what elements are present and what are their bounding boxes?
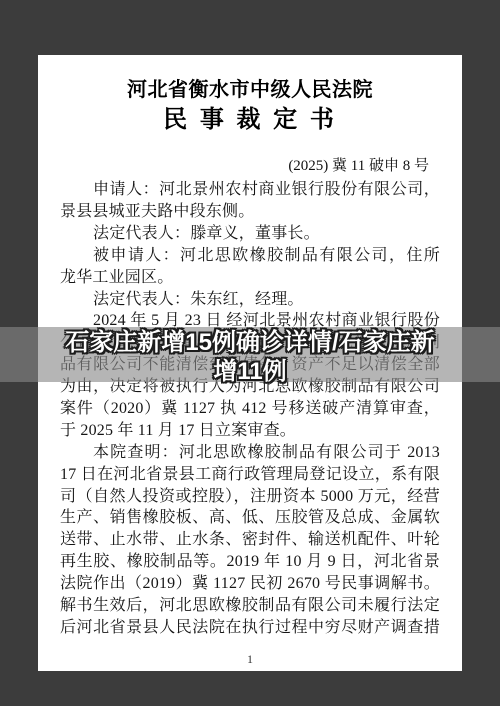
doc-line: 解书生效后，河北思欧橡胶制品有限公司未履行法定义务。: [60, 595, 440, 617]
doc-line: 后河北省景县人民法院在执行过程中穷尽财产调查措施，认: [60, 617, 440, 639]
doc-line: 于 2025 年 11 月 17 日立案审查。: [60, 420, 440, 442]
doc-line: 本院查明：河北思欧橡胶制品有限公司于 2013 年 4 月: [60, 442, 440, 464]
doc-line: 法定代表人：朱东红，经理。: [60, 289, 440, 311]
doc-line: 17 日在河北省景县工商行政管理局登记设立，系有限责任公: [60, 464, 440, 486]
caption-line-1: 石家庄新增15例确诊详情/石家庄新: [0, 328, 500, 357]
caption-overlay-text: 石家庄新增15例确诊详情/石家庄新 增11例: [0, 328, 500, 386]
page-number: 1: [38, 652, 462, 667]
document-body: 申请人：河北景州农村商业银行股份有限公司，住所地景县县城亚夫路中段东侧。法定代表…: [60, 179, 440, 639]
doc-line: 法院作出（2019）冀 1127 民初 2670 号民事调解书。该调: [60, 573, 440, 595]
doc-line: 龙华工业园区。: [60, 267, 440, 289]
doc-line: 再生胶、橡胶制品等。2019 年 10 月 9 日，河北省景县人民: [60, 551, 440, 573]
screenshot-stage: 河北省衡水市中级人民法院 民 事 裁 定 书 (2025) 冀 11 破申 8 …: [0, 0, 500, 706]
caption-line-2: 增11例: [0, 357, 500, 386]
doc-line: 法定代表人：滕章义，董事长。: [60, 223, 440, 245]
case-number: (2025) 冀 11 破申 8 号: [288, 154, 429, 175]
doc-line: 司（自然人投资或控股），注册资本 5000 万元，经营范围为: [60, 486, 440, 508]
doc-line: 案件（2020）冀 1127 执 412 号移送破产清算审查，本院: [60, 398, 440, 420]
doc-line: 送带、止水带、止水条、密封件、输送机配件、叶轮盖板、: [60, 529, 440, 551]
doc-line: 景县县城亚夫路中段东侧。: [60, 201, 440, 223]
doc-line: 生产、销售橡胶板、高、低、压胶管及总成、金属软管、输: [60, 507, 440, 529]
doc-line: 被申请人：河北思欧橡胶制品有限公司，住所地：景县: [60, 245, 440, 267]
document-type-title: 民 事 裁 定 书: [38, 99, 462, 134]
court-name-title: 河北省衡水市中级人民法院: [38, 73, 462, 102]
doc-line: 申请人：河北景州农村商业银行股份有限公司，住所地: [60, 179, 440, 201]
